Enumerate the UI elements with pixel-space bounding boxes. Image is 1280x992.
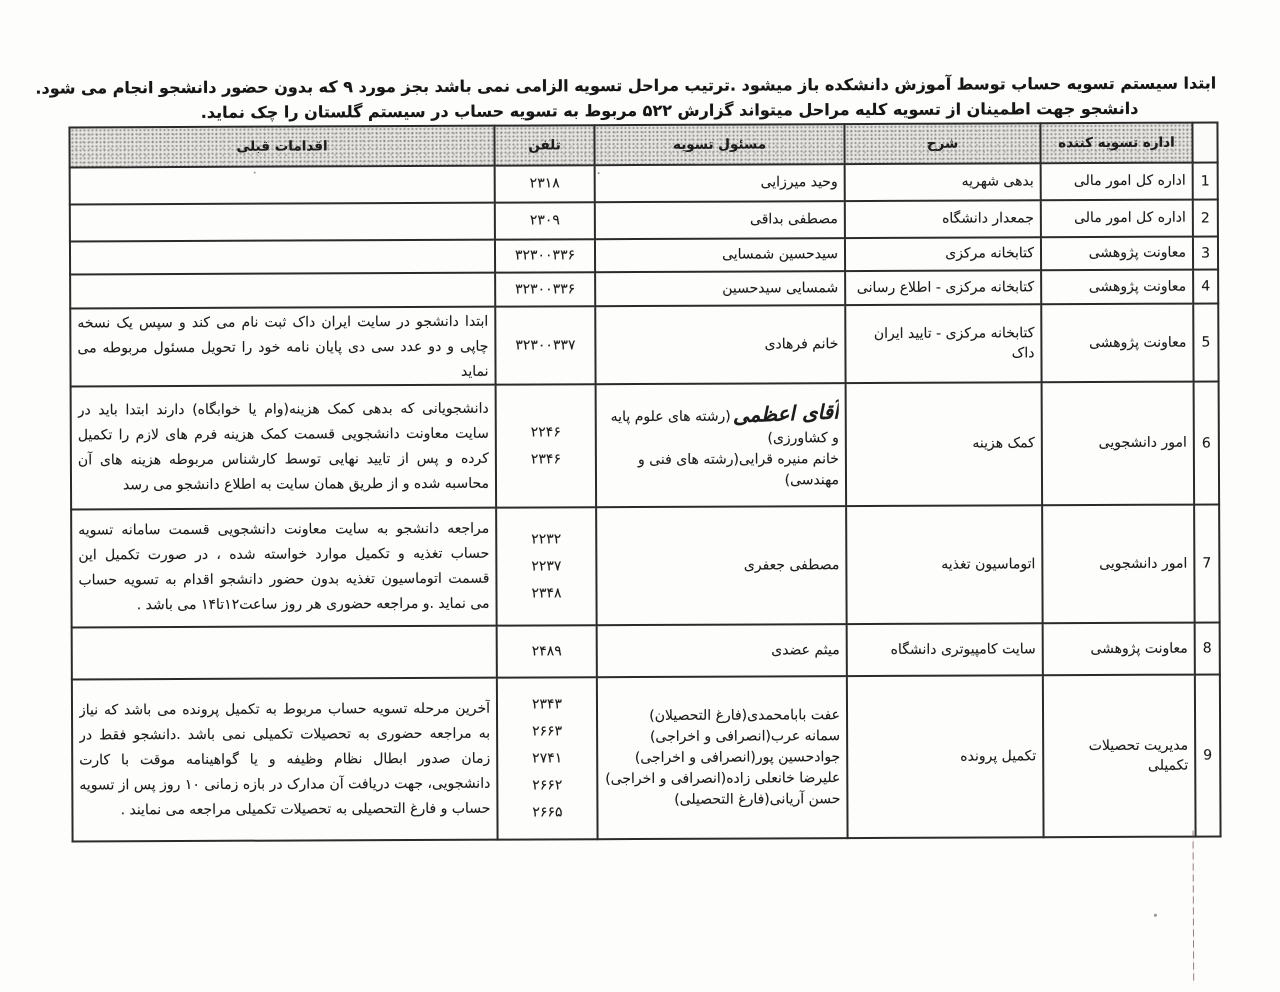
phone-number: ۲۲۴۶ [503,419,589,446]
description-cell: اتوماسیون تغذیه [846,505,1043,624]
previous-actions-text: ابتدا دانشجو در سایت ایران داک ثبت نام م… [77,310,488,384]
table-row: 4 معاونت پژوهشی کتابخانه مرکزی - اطلاع ر… [70,269,1218,308]
scan-speck [598,172,600,174]
scan-speck [1154,914,1157,917]
responsible-line: حسن آریانی(فارغ التحصیلی) [604,789,840,811]
row-number-cell: 2 [1193,199,1218,236]
table-row: 6 امور دانشجویی کمک هزینه آقای اعظمی(رشت… [71,381,1220,509]
department-cell: اداره کل امور مالی [1041,163,1193,201]
phone-number: ۲۳۴۶ [503,446,589,473]
scan-artifact-line [1193,831,1195,984]
department-cell: امور دانشجویی [1042,382,1195,506]
row-number-cell: 5 [1193,303,1218,381]
row-number-cell: 9 [1195,674,1221,836]
previous-actions-cell: ابتدا دانشجو در سایت ایران داک ثبت نام م… [70,307,495,387]
table-row: 1 اداره کل امور مالی بدهی شهریه وحید میر… [70,162,1218,204]
row-number-cell: 1 [1193,162,1218,199]
responsible-line: خانم منیره قرایی(رشته های فنی و مهندسی) [603,449,839,492]
phone-number: ۲۲۳۷ [503,553,589,580]
description-cell: سایت کامپیوتری دانشگاه [847,623,1043,676]
intro-note-line-2: دانشجو جهت اطمینان از تسویه کلیه مراحل م… [201,99,1139,122]
previous-actions-cell: دانشجویانی که بدهی کمک هزینه(وام یا خواب… [71,385,497,510]
column-header-description: شرح [844,123,1040,164]
phone-number: ۲۳۴۳ [504,691,590,718]
row-number-cell: 3 [1193,236,1218,269]
responsible-cell: وحید میرزایی [595,164,845,202]
clearance-table: اداره تسویه کننده شرح مسئول تسویه تلفن ا… [68,121,1221,842]
table-row: 9 مدیریت تحصیلات تکمیلی تکمیل پرونده عفت… [72,674,1221,841]
phone-number: ۲۳۴۸ [503,580,589,607]
description-cell: کتابخانه مرکزی - تایید ایران داک [845,304,1041,383]
responsible-cell: میثم عضدی [597,624,847,677]
description-cell: بدهی شهریه [845,163,1041,201]
table-row: 5 معاونت پژوهشی کتابخانه مرکزی - تایید ا… [70,303,1218,386]
responsible-line: عفت بابامحمدی(فارغ التحصیلان) [604,705,840,727]
responsible-text: عفت بابامحمدی(فارغ التحصیلان) سمانه عرب(… [604,705,840,811]
responsible-cell: مصطفی جعفری [596,506,847,625]
row-number-cell: 4 [1193,269,1218,303]
department-cell: مدیریت تحصیلات تکمیلی [1043,675,1196,838]
responsible-cell: آقای اعظمی(رشته های علوم پایه و کشاورزی)… [596,383,847,507]
phone-cell: ۲۳۱۸ [495,165,595,202]
description-cell: کتابخانه مرکزی - اطلاع رسانی [845,270,1041,305]
department-cell: معاونت پژوهشی [1043,623,1195,676]
phone-number: ۲۶۶۵ [504,799,590,826]
table-row: 8 معاونت پژوهشی سایت کامپیوتری دانشگاه م… [72,622,1220,679]
phone-cell: ۳۲۳۰۰۳۳۷ [495,306,595,384]
previous-actions-cell: آخرین مرحله تسویه حساب مربوط به تکمیل پر… [72,678,498,842]
department-cell: اداره کل امور مالی [1041,200,1193,238]
scan-speck [254,172,256,174]
table-header-row: اداره تسویه کننده شرح مسئول تسویه تلفن ا… [69,122,1217,167]
department-cell: معاونت پژوهشی [1041,304,1193,383]
phone-cell: ۳۲۳۰۰۳۳۶ [495,272,595,306]
description-cell: کتابخانه مرکزی [845,237,1041,271]
department-cell: معاونت پژوهشی [1041,270,1193,305]
row-number-cell: 8 [1195,622,1220,674]
table-row: 3 معاونت پژوهشی کتابخانه مرکزی سیدحسین ش… [70,236,1218,274]
column-header-responsible: مسئول تسویه [594,124,844,165]
responsible-line: جوادحسین پور(انصرافی و اخراجی) [604,747,840,769]
phone-cell: ۲۳۰۹ [495,202,595,239]
responsible-cell: عفت بابامحمدی(فارغ التحصیلان) سمانه عرب(… [597,676,848,839]
handwritten-name: آقای اعظمی [732,398,839,430]
column-header-department: اداره تسویه کننده [1040,123,1192,164]
phone-cell: ۲۴۸۹ [497,625,597,677]
previous-actions-cell [70,166,495,205]
previous-actions-cell [70,240,495,275]
table-row: 2 اداره کل امور مالی جمعدار دانشگاه مصطف… [70,199,1218,241]
department-cell: معاونت پژوهشی [1041,237,1193,271]
phone-number: ۲۶۶۳ [504,718,590,745]
responsible-cell: سیدحسین شمسایی [595,238,845,272]
previous-actions-cell [70,273,495,309]
previous-actions-text: مراجعه دانشجو به سایت معاونت دانشجویی قس… [78,517,489,619]
description-cell: کمک هزینه [846,382,1043,506]
department-cell: امور دانشجویی [1042,505,1195,624]
previous-actions-cell: مراجعه دانشجو به سایت معاونت دانشجویی قس… [71,508,497,628]
phone-number: ۲۲۳۲ [503,526,589,553]
previous-actions-text: آخرین مرحله تسویه حساب مربوط به تکمیل پر… [79,696,491,823]
table-row: 7 امور دانشجویی اتوماسیون تغذیه مصطفی جع… [71,504,1220,627]
phone-cell: ۳۲۳۰۰۳۳۶ [495,239,595,272]
row-number-cell: 7 [1194,504,1220,622]
column-header-row-number [1192,122,1217,162]
responsible-text: آقای اعظمی(رشته های علوم پایه و کشاورزی)… [603,398,839,492]
description-cell: تکمیل پرونده [847,675,1044,838]
phone-cell: ۲۲۳۲ ۲۲۳۷ ۲۳۴۸ [496,507,597,625]
column-header-phone: تلفن [494,125,594,165]
responsible-line: سمانه عرب(انصرافی و اخراجی) [604,726,840,748]
previous-actions-cell [72,626,497,680]
description-cell: جمعدار دانشگاه [845,200,1041,238]
responsible-line: علیرضا خانعلی زاده(انصرافی و اخراجی) [604,768,840,790]
responsible-cell: شمسایی سیدحسین [595,271,845,306]
phone-number: ۲۶۶۲ [504,772,590,799]
row-number-cell: 6 [1194,381,1220,504]
responsible-cell: خانم فرهادی [595,305,845,384]
intro-note-line-1: ابتدا سیستم تسویه حساب توسط آموزش دانشکد… [35,73,1216,97]
previous-actions-text: دانشجویانی که بدهی کمک هزینه(وام یا خواب… [78,396,489,498]
phone-cell: ۲۲۴۶ ۲۳۴۶ [496,384,597,507]
document-page: ابتدا سیستم تسویه حساب توسط آموزش دانشکد… [0,0,1280,992]
previous-actions-cell [70,203,495,242]
phone-cell: ۲۳۴۳ ۲۶۶۳ ۲۷۴۱ ۲۶۶۲ ۲۶۶۵ [497,677,598,839]
responsible-cell: مصطفی بداقی [595,201,845,239]
column-header-previous-actions: اقدامات قبلی [69,126,494,168]
phone-number: ۲۷۴۱ [504,745,590,772]
